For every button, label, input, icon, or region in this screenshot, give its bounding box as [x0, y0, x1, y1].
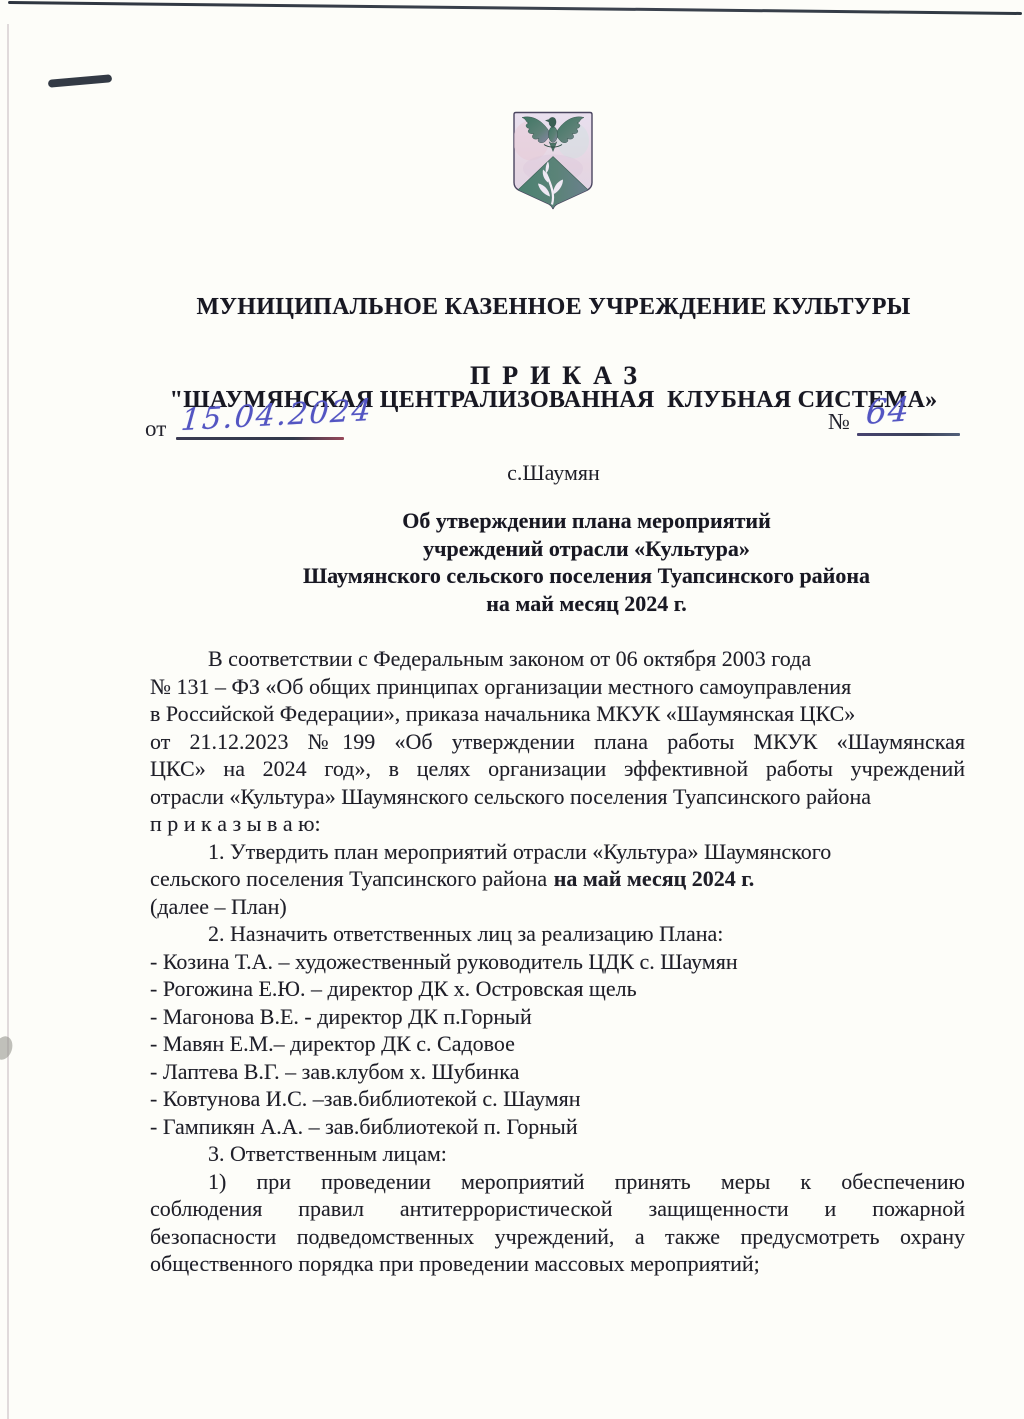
item1-line: сельского поселения Туапсинского районан… — [150, 865, 965, 893]
item2-heading: 2. Назначить ответственных лиц за реализ… — [150, 920, 965, 948]
responsible-person-line: - Мавян Е.М.– директор ДК с. Садовое — [150, 1030, 965, 1058]
item1-line2-regular: сельского поселения Туапсинского района — [150, 866, 547, 891]
item3-heading: 3. Ответственным лицам: — [150, 1140, 965, 1168]
order-title-line: учреждений отрасли «Культура» — [179, 535, 994, 563]
responsible-person-line: - Козина Т.А. – художественный руководит… — [150, 948, 965, 976]
intro-line: отрасли «Культура» Шаумянского сельского… — [150, 783, 965, 811]
scan-top-edge-line — [8, 1, 1022, 15]
shield — [511, 113, 595, 212]
org-name-line1: МУНИЦИПАЛЬНОЕ КАЗЕННОЕ УЧРЕЖДЕНИЕ КУЛЬТУ… — [146, 292, 961, 323]
intro-line: от 21.12.2023 №199 «Об утверждении плана… — [150, 728, 965, 756]
responsible-person-line: - Лаптева В.Г. – зав.клубом х. Шубинка — [150, 1058, 965, 1086]
order-title-line: на май месяц 2024 г. — [179, 590, 994, 618]
date-handwritten-value: 15.04.2024 — [180, 393, 375, 438]
item3-sub-line: общественного порядка при проведении мас… — [150, 1250, 965, 1278]
doc-type-title: ПРИКАЗ — [146, 361, 961, 391]
order-body: В соответствии с Федеральным законом от … — [150, 645, 965, 1278]
order-title-line: Об утверждении плана мероприятий — [179, 507, 994, 535]
item3-sub-line: безопасности подведомственных учреждений… — [150, 1223, 965, 1251]
responsible-person-line: - Магонова В.Е. - директор ДК п.Горный — [150, 1003, 965, 1031]
item3-sub-line: соблюдения правил антитеррористической з… — [150, 1195, 965, 1223]
item1-line2-bold: на май месяц 2024 г. — [554, 866, 755, 891]
order-title-line: Шаумянского сельского поселения Туапсинс… — [179, 562, 994, 590]
scan-corner-dash-mark — [48, 74, 112, 88]
responsible-person-line: - Гампикян А.А. – зав.библиотекой п. Гор… — [150, 1113, 965, 1141]
intro-line: В соответствии с Федеральным законом от … — [150, 645, 965, 673]
intro-line: в Российской Федерации», приказа начальн… — [150, 700, 965, 728]
item3-sub-line: 1) при проведении мероприятий принять ме… — [150, 1168, 965, 1196]
order-title: Об утверждении плана мероприятий учрежде… — [179, 507, 994, 617]
responsible-person-line: - Рогожина Е.Ю. – директор ДК х. Островс… — [150, 975, 965, 1003]
place-line: с.Шаумян — [146, 460, 961, 486]
scan-left-page-edge — [7, 24, 9, 1419]
number-underline — [857, 433, 960, 436]
date-label: от — [145, 416, 166, 442]
number-label: № — [828, 409, 850, 435]
coat-of-arms-icon — [511, 110, 595, 211]
responsible-person-line: - Ковтунова И.С. –зав.библиотекой с. Шау… — [150, 1085, 965, 1113]
date-number-row: от 15.04.2024 № 64 — [0, 395, 1024, 455]
date-underline — [176, 437, 344, 440]
item1-line: (далее – План) — [150, 893, 965, 921]
number-handwritten-value: 64 — [864, 389, 911, 432]
scanned-order-page: МУНИЦИПАЛЬНОЕ КАЗЕННОЕ УЧРЕЖДЕНИЕ КУЛЬТУ… — [0, 0, 1024, 1419]
item1-line: 1. Утвердить план мероприятий отрасли «К… — [150, 838, 965, 866]
order-verb-line: п р и к а з ы в а ю: — [150, 810, 965, 838]
intro-line: № 131 – ФЗ «Об общих принципах организац… — [150, 673, 965, 701]
intro-line: ЦКС» на 2024 год», в целях организации э… — [150, 755, 965, 783]
